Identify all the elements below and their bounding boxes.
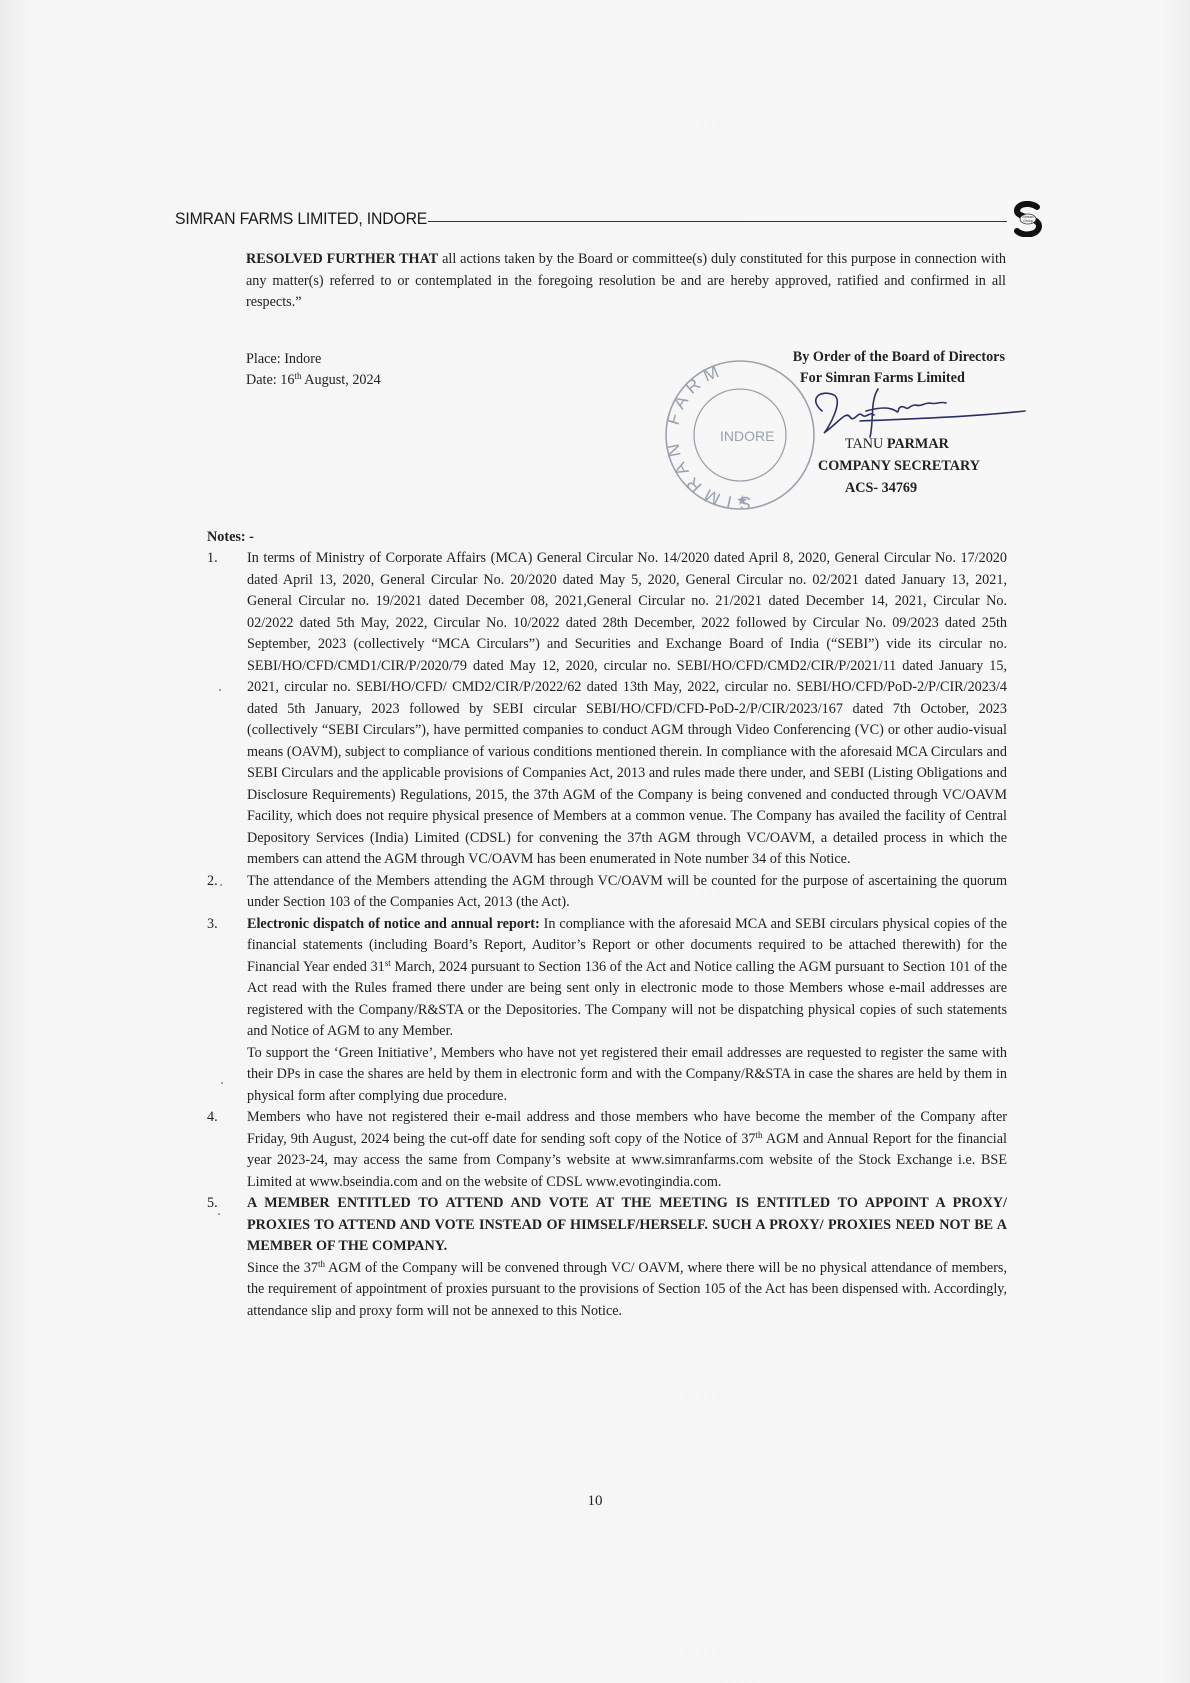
svg-text:★: ★ [736, 494, 749, 509]
header-rule [428, 221, 1007, 222]
note-body: Members who have not registered their e-… [247, 1107, 1007, 1193]
note-item-1: 1. In terms of Ministry of Corporate Aff… [207, 548, 1007, 871]
proxy-statement: A MEMBER ENTITLED TO ATTEND AND VOTE AT … [247, 1193, 1007, 1258]
document-page: SIMRAN FARMS LIMITED, INDORE Simran Grou… [0, 0, 1190, 1683]
date-suffix: August, 2024 [301, 372, 380, 388]
note-body: In terms of Ministry of Corporate Affair… [247, 548, 1007, 871]
note-item-5: 5. A MEMBER ENTITLED TO ATTEND AND VOTE … [207, 1193, 1007, 1322]
page-header: SIMRAN FARMS LIMITED, INDORE Simran Grou… [175, 197, 1045, 241]
note-number: 5. [207, 1193, 247, 1322]
date-prefix: Date: 16 [246, 372, 294, 388]
notes-title: Notes: - [207, 526, 1007, 548]
signatory-first-name: TANU [845, 436, 883, 452]
note-body: A MEMBER ENTITLED TO ATTEND AND VOTE AT … [247, 1193, 1007, 1322]
note-paragraph: Electronic dispatch of notice and annual… [247, 914, 1007, 1043]
by-order-text: By Order of the Board of Directors [793, 347, 1005, 369]
notes-section: Notes: - 1. In terms of Ministry of Corp… [207, 526, 1007, 1322]
simran-group-logo-icon: Simran Group [1011, 201, 1045, 237]
note-item-2: 2. The attendance of the Members attendi… [207, 871, 1007, 914]
note-item-4: 4. Members who have not registered their… [207, 1107, 1007, 1193]
note-paragraph: Since the 37th AGM of the Company will b… [247, 1258, 1007, 1323]
note-paragraph-green-initiative: To support the ‘Green Initiative’, Membe… [247, 1043, 1007, 1108]
note-text: Since the 37 [247, 1260, 318, 1276]
company-header-title: SIMRAN FARMS LIMITED, INDORE [175, 209, 427, 229]
scan-speck [218, 1213, 220, 1215]
note-lead: Electronic dispatch of notice and annual… [247, 916, 540, 932]
signature-icon [800, 381, 1030, 441]
resolution-paragraph: RESOLVED FURTHER THAT all actions taken … [246, 249, 1006, 314]
scan-speck [220, 884, 222, 886]
note-sup: th [756, 1130, 763, 1140]
note-number: 3. [207, 914, 247, 1108]
signatory-block: SIMRAN FARMS INDORE ★ By Order of the Bo… [640, 347, 1020, 517]
note-number: 1. [207, 548, 247, 871]
stamp-center-text: INDORE [720, 428, 774, 444]
date-line: Date: 16th August, 2024 [246, 370, 546, 391]
company-stamp-icon: SIMRAN FARMS INDORE ★ [660, 355, 820, 515]
place-line: Place: Indore [246, 349, 546, 370]
signatory-membership: ACS- 34769 [845, 478, 917, 500]
note-body: The attendance of the Members attending … [247, 871, 1007, 914]
signatory-designation: COMPANY SECRETARY [818, 456, 980, 478]
note-item-3: 3. Electronic dispatch of notice and ann… [207, 914, 1007, 1108]
scan-speck [221, 1082, 223, 1084]
resolution-lead: RESOLVED FURTHER THAT [246, 251, 438, 267]
note-number: 2. [207, 871, 247, 914]
scan-speck [219, 689, 221, 691]
note-sup: th [318, 1259, 325, 1269]
page-number: 10 [0, 1493, 1190, 1510]
for-company-text: For Simran Farms Limited [800, 368, 965, 390]
note-text: AGM of the Company will be convened thro… [247, 1260, 1007, 1319]
place-date: Place: Indore Date: 16th August, 2024 [246, 349, 546, 391]
signatory-name: TANU PARMAR [845, 434, 949, 456]
signatory-last-name: PARMAR [883, 436, 949, 452]
svg-text:Group: Group [1023, 219, 1033, 223]
note-number: 4. [207, 1107, 247, 1193]
note-body: Electronic dispatch of notice and annual… [247, 914, 1007, 1108]
